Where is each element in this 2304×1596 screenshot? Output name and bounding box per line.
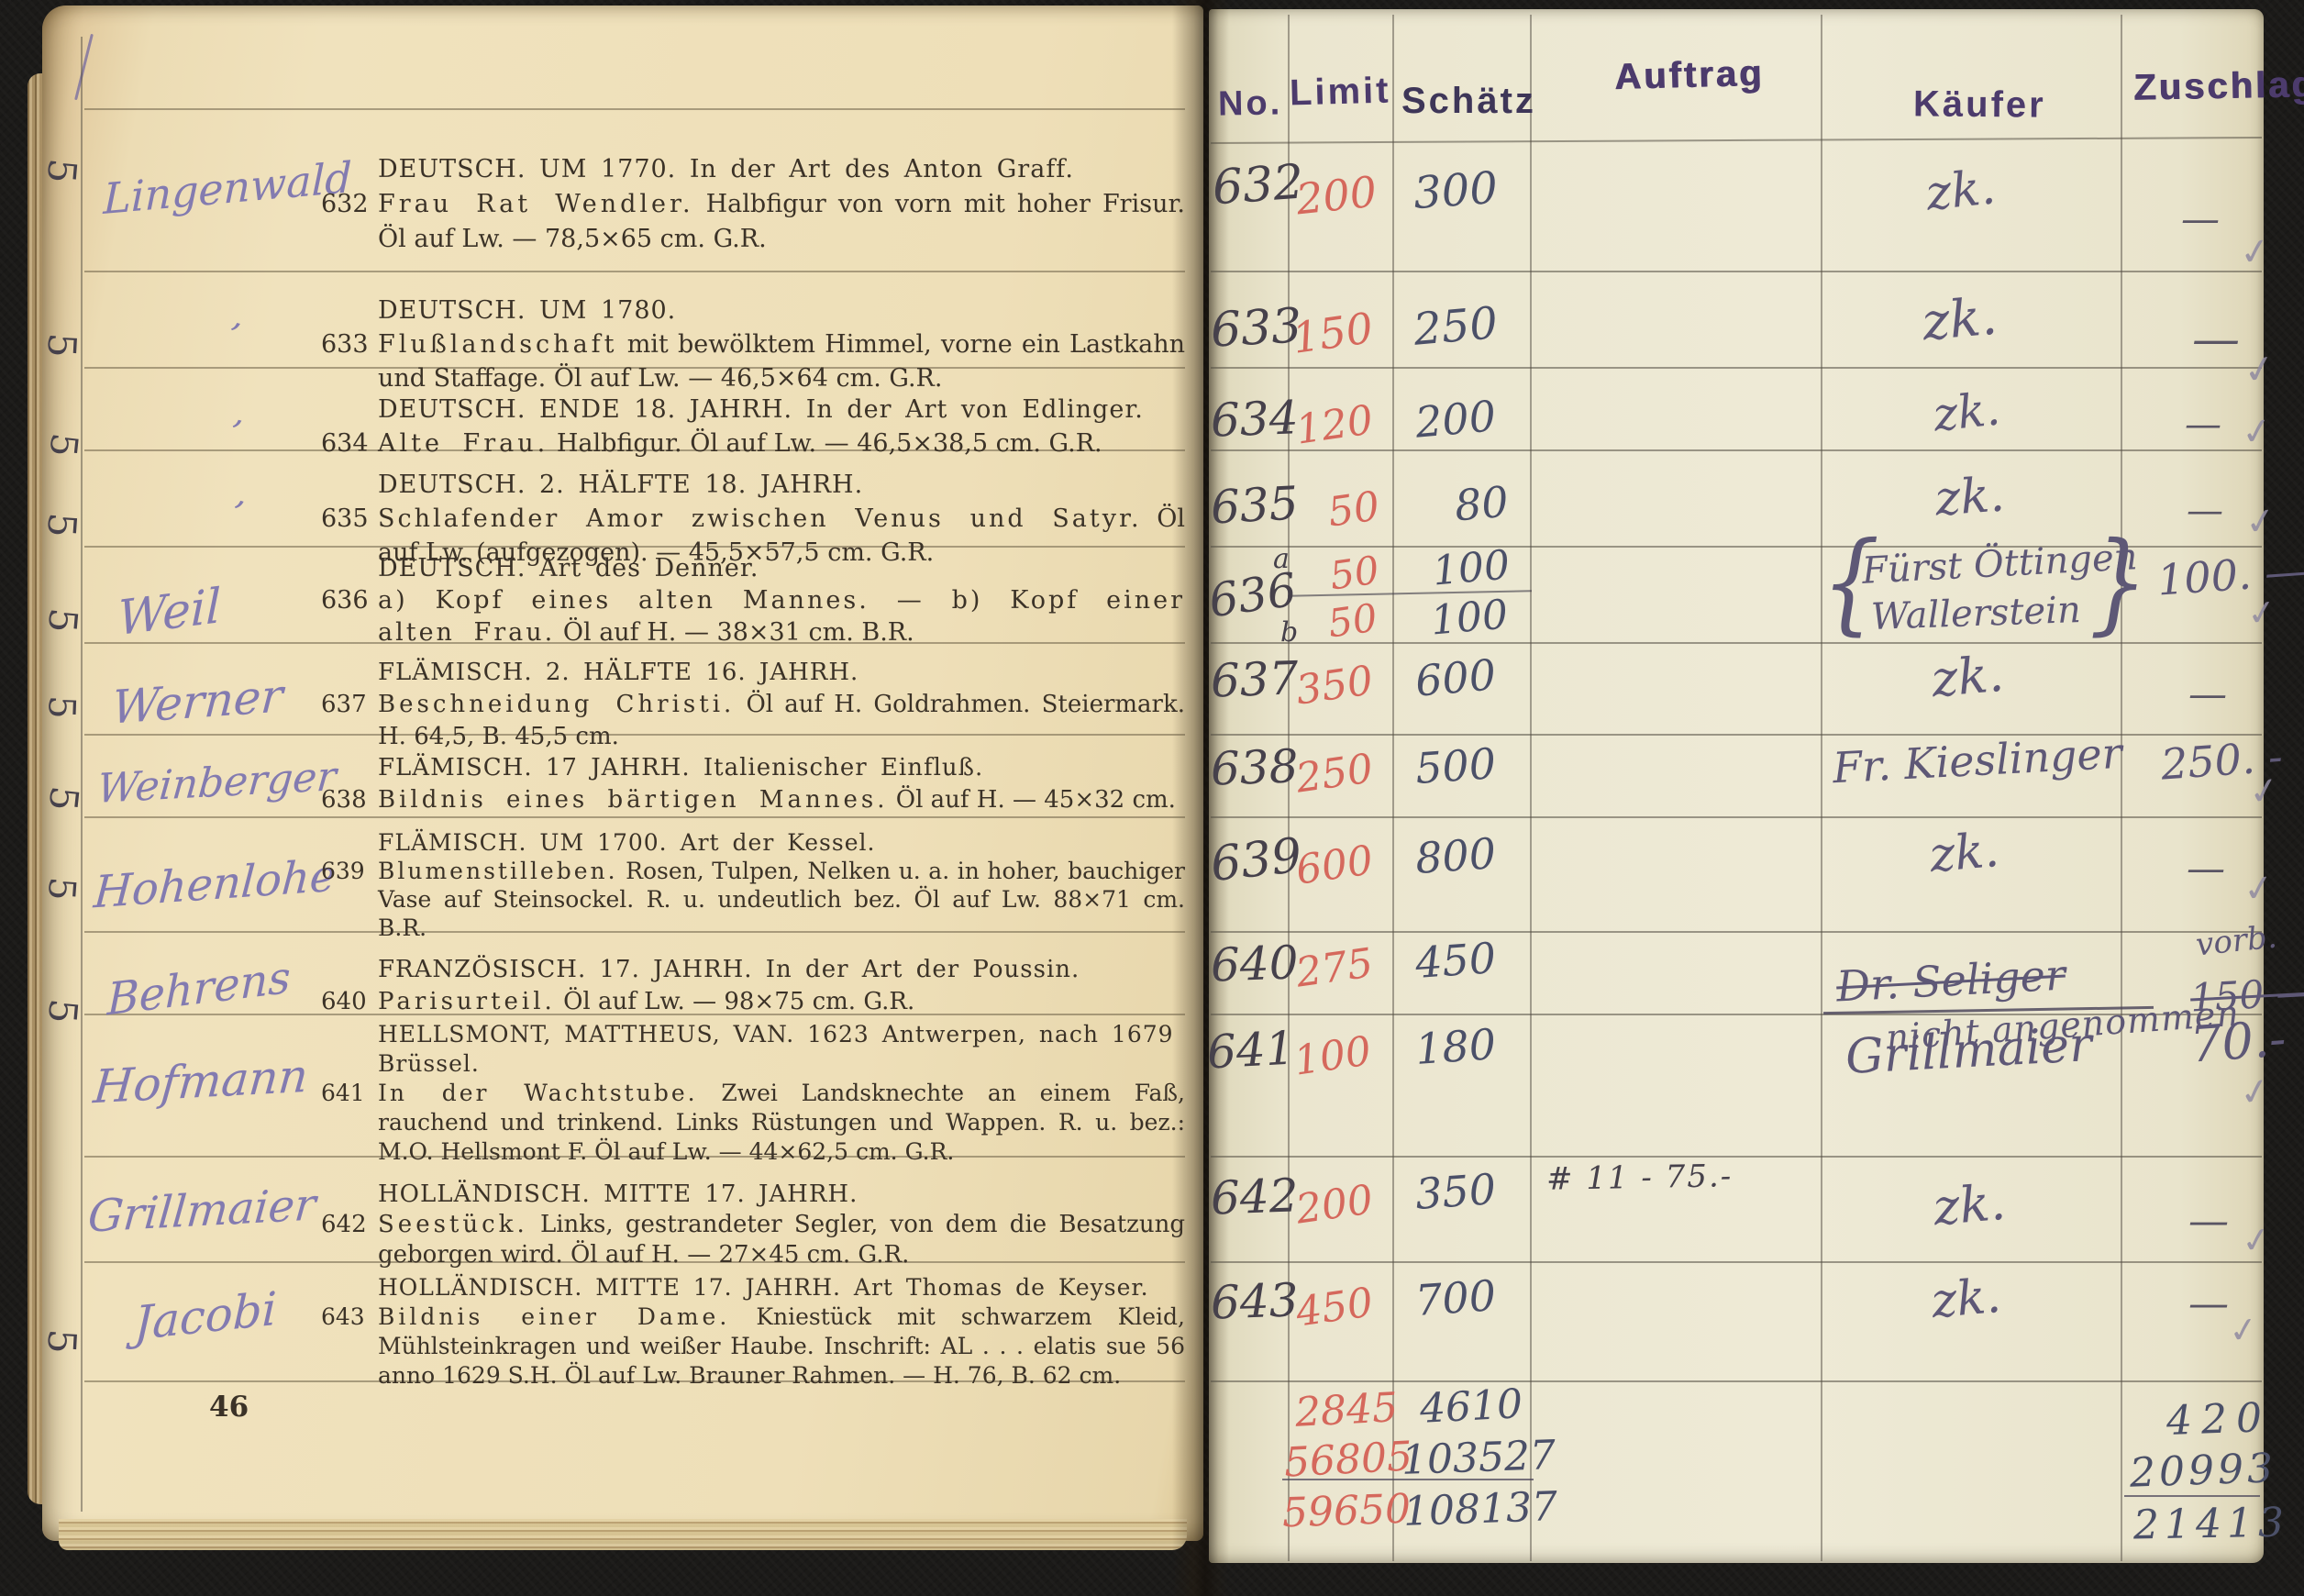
row-rule [1211, 931, 2262, 933]
zuschlag-dash: — [2187, 846, 2225, 891]
lot-number: 636 [321, 584, 369, 616]
column-header-auftrag: Auftrag [1613, 53, 1764, 98]
zuschlag-dash: — [2188, 1280, 2229, 1327]
cell-schaetz: 200 [1394, 389, 1517, 449]
cell-schaetz: 450 [1394, 932, 1516, 990]
lot-number: 643 [321, 1302, 365, 1332]
row-rule [1211, 449, 2262, 451]
entry-body: 639Blumenstilleben. Rosen, Tulpen, Nelke… [378, 857, 1185, 942]
entry-title: Schlafender Amor zwischen Venus und Saty… [378, 504, 1142, 533]
cell-schaetz: 500 [1394, 737, 1516, 795]
column-rule [2121, 15, 2122, 1561]
entry-heading: FLÄMISCH. 2. HÄLFTE 16. JAHRH. [378, 657, 1185, 689]
cell-kaeufer: zk. [1931, 1173, 2008, 1237]
cell-schaetz-b: 100 [1429, 591, 1510, 644]
zuschlag-dash: — [2192, 312, 2240, 367]
tab-mark: 5 [39, 876, 83, 903]
catalog-entry: FLÄMISCH. UM 1700. Art der Kessel. 639Bl… [378, 828, 1185, 942]
column-rule [1821, 15, 1822, 1561]
column-header-kaeufer: Käufer [1913, 83, 2046, 126]
entry-heading: HOLLÄNDISCH. MITTE 17. JAHRH. Art Thomas… [378, 1273, 1185, 1302]
entry-heading: DEUTSCH. UM 1770. In der Art des Anton G… [378, 152, 1185, 187]
entry-heading: HELLSMONT, MATTHEUS, VAN. 1623 Antwerpen… [378, 1020, 1185, 1079]
row-rule [1211, 271, 2262, 272]
cell-auftrag: # 11 - 75.- [1546, 1158, 1734, 1198]
lot-number: 635 [321, 502, 369, 536]
scanned-auction-ledger: { "left_page": { "page_number": "46", "t… [0, 0, 2304, 1596]
catalog-entry: DEUTSCH. UM 1780. 633Flußlandschaft mit … [378, 294, 1185, 395]
total-zuschlag-sum: 21413 [2133, 1500, 2290, 1549]
cell-kaeufer: zk. [1933, 467, 2006, 526]
cell-kaeufer: zk. [1928, 823, 2001, 883]
tab-mark: 5 [39, 157, 85, 185]
entry-title: Flußlandschaft [378, 330, 618, 359]
row-rule [1211, 367, 2262, 369]
check-icon: ✓ [2239, 1218, 2274, 1262]
row-rule [1211, 1380, 2262, 1382]
entry-heading: FLÄMISCH. UM 1700. Art der Kessel. [378, 828, 1185, 857]
cell-kaeufer: zk. [1931, 382, 2002, 441]
tab-column-rule [81, 37, 83, 1512]
cell-schaetz: 600 [1394, 648, 1517, 707]
cell-zuschlag: 100. — [2155, 545, 2304, 604]
entry-body: 638Bildnis eines bärtigen Mannes. Öl auf… [378, 784, 1185, 816]
cell-limit: 50 [1325, 482, 1383, 536]
total-limit-carry: 56805 [1283, 1433, 1413, 1486]
entry-title: Parisurteil. [378, 988, 556, 1015]
entry-title: Bildnis eines bärtigen Mannes. [378, 786, 888, 814]
cell-zuschlag: 70.- [2188, 1009, 2287, 1073]
catalog-entry: FLÄMISCH. 17 JAHRH. Italienischer Einflu… [378, 752, 1185, 816]
entry-title: Beschneidung Christi. [378, 691, 735, 718]
entry-title: Frau Rat Wendler. [378, 190, 694, 218]
cell-kaeufer: zk. [1923, 160, 1998, 222]
cell-schaetz: 250 [1394, 295, 1517, 357]
entry-heading: HOLLÄNDISCH. MITTE 17. JAHRH. [378, 1180, 1185, 1210]
zuschlag-dash: — [2185, 404, 2221, 446]
entry-body: 634Alte Frau. Halbfigur. Öl auf Lw. — 46… [378, 427, 1185, 460]
total-zuschlag-carry: 20993 [2129, 1445, 2277, 1497]
entry-heading: FRANZÖSISCH. 17. JAHRH. In der Art der P… [378, 954, 1185, 986]
cell-kaeufer-line2: Wallerstein [1870, 589, 2081, 638]
row-rule [1211, 1156, 2262, 1158]
cell-schaetz: 180 [1394, 1018, 1516, 1076]
entry-body: 637Beschneidung Christi. Öl auf H. Goldr… [378, 689, 1185, 753]
cell-schaetz-a: 100 [1431, 541, 1512, 594]
cell-no: 635 [1210, 477, 1300, 535]
entry-heading: DEUTSCH. Art des Denner. [378, 552, 1185, 584]
tab-mark: 5 [39, 1328, 84, 1355]
tab-mark: 5 [39, 332, 84, 359]
column-header-limit: Limit [1289, 71, 1391, 115]
check-icon: ✓ [2243, 499, 2279, 545]
tab-mark: 5 [39, 997, 86, 1025]
entry-title: Alte Frau. [378, 429, 548, 458]
entry-title: In der Wachtstube. [378, 1080, 698, 1106]
catalog-entry: FRANZÖSISCH. 17. JAHRH. In der Art der P… [378, 954, 1185, 1018]
entry-heading: DEUTSCH. UM 1780. [378, 294, 1185, 327]
catalog-entry: DEUTSCH. UM 1770. In der Art des Anton G… [378, 152, 1185, 257]
total-schaetz-page: 4610 [1419, 1380, 1524, 1433]
catalog-entry: DEUTSCH. ENDE 18. JAHRH. In der Art von … [378, 393, 1185, 460]
tab-mark: 5 [39, 511, 85, 538]
entry-body: 632Frau Rat Wendler. Halbfigur von vorn … [378, 187, 1185, 257]
cell-no-sub-a: a [1273, 543, 1290, 575]
cell-schaetz: 80 [1453, 477, 1511, 531]
total-schaetz-sum: 108137 [1402, 1483, 1558, 1535]
total-limit-page: 2845 [1294, 1384, 1400, 1436]
lot-number: 640 [321, 986, 367, 1018]
column-rule [1392, 15, 1394, 1561]
check-icon: ✓ [2239, 409, 2276, 455]
cell-limit: 200 [1283, 165, 1389, 225]
entry-text: Öl auf H. — 45×32 cm. [896, 786, 1176, 814]
zuschlag-dash: — [2188, 1198, 2229, 1245]
check-icon: ✓ [2226, 1308, 2261, 1352]
entry-title: Bildnis einer Dame. [378, 1303, 730, 1330]
rule-line [84, 271, 1185, 272]
catalog-entry: HELLSMONT, MATTHEUS, VAN. 1623 Antwerpen… [378, 1020, 1185, 1167]
cell-kaeufer: zk. [1929, 645, 2006, 709]
tab-mark: 5 [39, 694, 83, 719]
lot-number: 632 [321, 187, 369, 222]
cell-schaetz: 350 [1394, 1163, 1516, 1221]
entry-body: 640Parisurteil. Öl auf Lw. — 98×75 cm. G… [378, 986, 1185, 1018]
rule-line [84, 816, 1185, 818]
entry-body: 636a) Kopf eines alten Mannes. — b) Kopf… [378, 584, 1185, 648]
tab-mark: 5 [41, 431, 85, 459]
cell-limit-b: 50 [1325, 595, 1380, 647]
page-edge-stack-bottom [59, 1519, 1187, 1550]
column-header-no: No. [1218, 83, 1283, 124]
lot-number: 637 [321, 689, 367, 721]
brace-right: } [2089, 517, 2148, 646]
zuschlag-dash: — [2188, 671, 2227, 716]
rule-line [84, 108, 1185, 110]
entry-text: Öl auf H. — 38×31 cm. B.R. [563, 618, 914, 647]
entry-body: 642Seestück. Links, gestrandeter Segler,… [378, 1210, 1185, 1270]
cell-limit-a: 50 [1327, 548, 1382, 599]
lot-number: 642 [321, 1210, 367, 1240]
check-icon: ✓ [2244, 591, 2279, 635]
lot-number: 633 [321, 327, 369, 361]
catalog-entry: DEUTSCH. Art des Denner. 636a) Kopf eine… [378, 552, 1185, 648]
entry-title: Blumenstilleben. [378, 858, 618, 884]
column-header-zuschlag: Zuschlag [2133, 64, 2304, 108]
entry-body: 643Bildnis einer Dame. Kniestück mit sch… [378, 1302, 1185, 1391]
total-zuschlag-page: 420 [2166, 1394, 2272, 1445]
entry-heading: DEUTSCH. 2. HÄLFTE 18. JAHRH. [378, 468, 1185, 502]
column-header-schaetz: Schätz [1401, 81, 1536, 122]
zuschlag-note: vorb. [2194, 918, 2278, 963]
row-rule [1211, 816, 2262, 818]
lot-number: 638 [321, 784, 367, 816]
total-limit-sum: 59650 [1281, 1486, 1412, 1537]
entry-body: 633Flußlandschaft mit bewölktem Himmel, … [378, 327, 1185, 395]
cell-schaetz: 300 [1394, 161, 1517, 221]
entry-body: 641In der Wachtstube. Zwei Landsknechte … [378, 1079, 1185, 1167]
zuschlag-dash: — [2187, 490, 2223, 532]
entry-heading: DEUTSCH. ENDE 18. JAHRH. In der Art von … [378, 393, 1185, 427]
entry-title: Seestück. [378, 1211, 528, 1238]
cell-schaetz: 700 [1394, 1269, 1516, 1327]
entry-text: Halbfigur. Öl auf Lw. — 46,5×38,5 cm. G.… [557, 429, 1102, 458]
cell-schaetz: 800 [1394, 827, 1516, 885]
catalog-entry: FLÄMISCH. 2. HÄLFTE 16. JAHRH. 637Beschn… [378, 657, 1185, 753]
check-icon: ✓ [2236, 1069, 2274, 1115]
lot-number: 634 [321, 427, 369, 460]
lot-number: 639 [321, 857, 365, 885]
catalog-entry: HOLLÄNDISCH. MITTE 17. JAHRH. 642Seestüc… [378, 1180, 1185, 1270]
tab-mark: 5 [40, 784, 88, 814]
check-icon: ✓ [2241, 866, 2277, 912]
entry-heading: FLÄMISCH. 17 JAHRH. Italienischer Einflu… [378, 752, 1185, 784]
page-number: 46 [209, 1391, 249, 1424]
lot-number: 641 [321, 1079, 365, 1108]
tab-mark: 5 [39, 606, 86, 635]
zuschlag-dash: — [2181, 196, 2220, 241]
row-rule [1211, 1261, 2262, 1263]
column-rule [1530, 15, 1532, 1561]
cell-kaeufer: zk. [1930, 1269, 2003, 1329]
check-icon: ✓ [2237, 229, 2274, 275]
cell-kaeufer: zk. [1920, 287, 1999, 353]
entry-text: Öl auf Lw. — 98×75 cm. G.R. [563, 988, 914, 1015]
catalog-entry: HOLLÄNDISCH. MITTE 17. JAHRH. Art Thomas… [378, 1273, 1185, 1391]
total-schaetz-carry: 103527 [1401, 1432, 1556, 1484]
check-icon: ✓ [2240, 344, 2279, 393]
cell-no-sub-b: b [1280, 616, 1298, 648]
